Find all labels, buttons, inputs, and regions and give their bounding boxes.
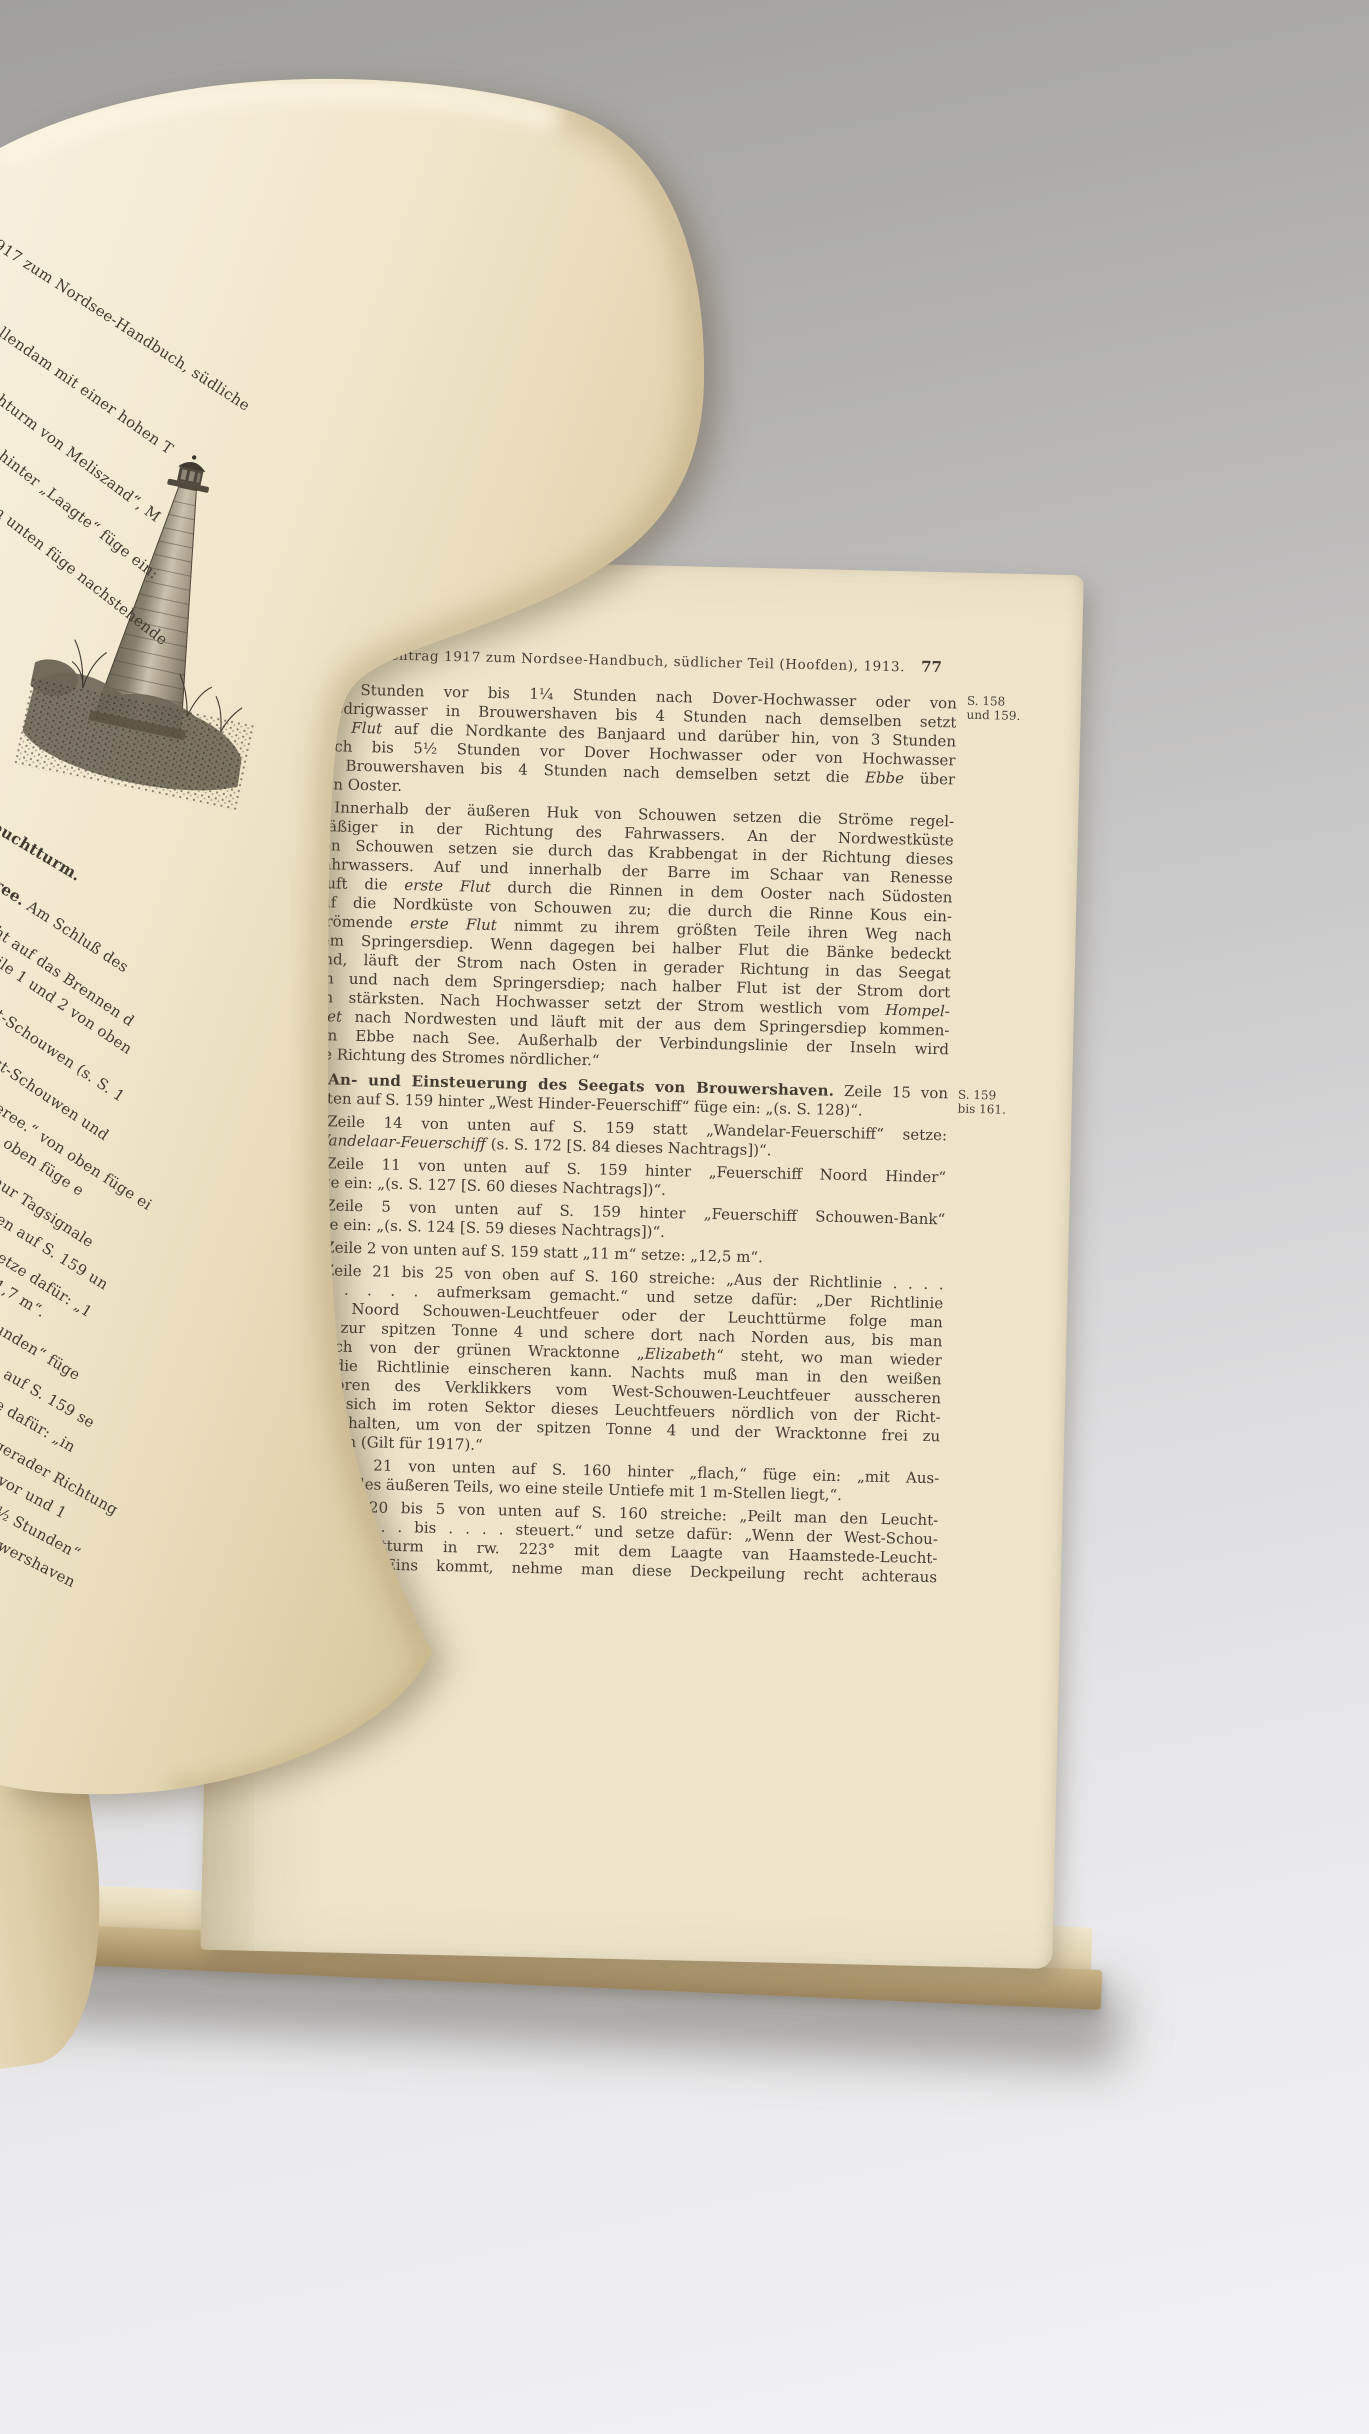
margin-note-line: bis 161.	[957, 1102, 1052, 1118]
right-page-content: Nachtrag 1917 zum Nordsee-Handbuch, südl…	[297, 644, 1078, 1594]
margin-note: S. 159bis 161.	[957, 1089, 1053, 1118]
margin-note: S. 158und 159.	[966, 695, 1062, 724]
paragraph: Zeile 21 bis 25 von oben auf S. 160 stre…	[300, 1261, 944, 1465]
running-title: Nachtrag 1917 zum Nordsee-Handbuch, südl…	[370, 647, 906, 675]
page-number: 77	[921, 658, 942, 676]
paragraph: Zeile 20 bis 5 von unten auf S. 160 stre…	[297, 1497, 939, 1588]
paragraph: 2¾ Stunden vor bis 1¼ Stunden nach Dover…	[315, 680, 957, 808]
photo-of-open-book: Nachtrag 1917 zum Nordsee-Handbuch, südl…	[0, 0, 1369, 2434]
right-page: Nachtrag 1917 zum Nordsee-Handbuch, südl…	[200, 556, 1083, 1969]
margin-note-line: und 159.	[966, 708, 1061, 724]
page-header: Nachtrag 1917 zum Nordsee-Handbuch, südl…	[318, 644, 958, 681]
paragraph: Innerhalb der äußeren Huk von Schouwen s…	[308, 798, 954, 1078]
text-block: 2¾ Stunden vor bis 1¼ Stunden nach Dover…	[297, 680, 957, 1587]
